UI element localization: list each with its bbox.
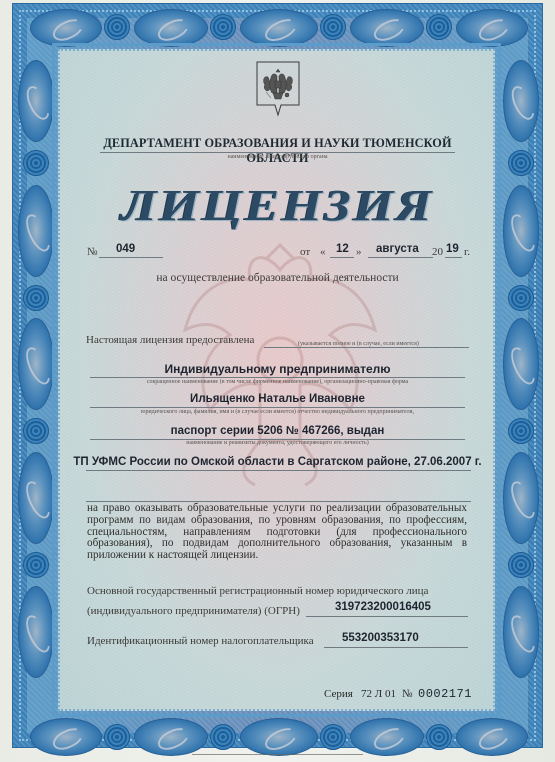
number-label: №	[87, 246, 98, 258]
legal-form: Индивидуальному предпринимателю	[80, 362, 475, 376]
date-open-quote: «	[320, 246, 326, 258]
ornament-medallion-icon	[350, 9, 424, 47]
ornament-medallion-icon	[134, 9, 208, 47]
rosette-icon	[508, 418, 534, 444]
issued-by-underline	[86, 470, 471, 471]
rosette-icon	[508, 285, 534, 311]
document-title: ЛИЦЕНЗИЯ	[44, 180, 510, 231]
year-underline	[445, 257, 462, 258]
passport-caption: наименование и реквизиты документа, удос…	[80, 440, 475, 446]
ornament-medallion-icon	[503, 60, 539, 142]
license-document: ДЕПАРТАМЕНТ ОБРАЗОВАНИЯ И НАУКИ ТЮМЕНСКО…	[0, 0, 555, 762]
printer-imprint: ━━━━━━━━━━━━━━━━━━━━━━━━━━━━━━━━━━━━━━━━…	[100, 752, 455, 757]
ornament-medallion-icon	[18, 60, 54, 142]
ornament-medallion-icon	[240, 9, 318, 47]
date-month: августа	[376, 243, 419, 255]
inn-value: 553200353170	[342, 632, 419, 644]
passport-details: паспорт серии 5206 № 467266, выдан	[80, 425, 475, 437]
licensee-name: Ильященко Наталье Ивановне	[80, 393, 475, 405]
rosette-icon	[426, 14, 452, 40]
ornament-medallion-icon	[30, 9, 102, 47]
date-year-suffix: 19	[446, 243, 459, 255]
series-number-label: №	[402, 688, 413, 700]
license-purpose: на осуществление образовательной деятель…	[80, 272, 475, 284]
ornament-medallion-icon	[18, 318, 54, 410]
ogrn-underline	[306, 616, 468, 617]
ornament-medallion-icon	[134, 718, 208, 756]
issuing-authority: ДЕПАРТАМЕНТ ОБРАЗОВАНИЯ И НАУКИ ТЮМЕНСКО…	[80, 136, 475, 166]
russian-coat-of-arms-icon	[256, 61, 300, 117]
issuer-underline	[100, 152, 455, 153]
rosette-icon	[210, 14, 236, 40]
rosette-icon	[104, 14, 130, 40]
date-year-unit: г.	[464, 246, 470, 258]
rosette-icon	[320, 14, 346, 40]
date-day: 12	[336, 243, 349, 255]
rosette-icon	[426, 724, 452, 750]
ornament-medallion-icon	[350, 718, 424, 756]
granted-to-label: Настоящая лицензия предоставлена	[86, 334, 254, 346]
series-label: Серия	[324, 688, 353, 700]
month-underline	[368, 257, 433, 258]
rosette-icon	[23, 552, 49, 578]
ornament-medallion-icon	[18, 452, 54, 544]
date-year-prefix: 20	[432, 246, 443, 258]
date-close-quote: »	[356, 246, 362, 258]
name-caption: юридического лица, фамилия, имя и (в слу…	[80, 409, 475, 415]
rosette-icon	[508, 552, 534, 578]
ornament-medallion-icon	[503, 586, 539, 678]
inn-label: Идентификационный номер налогоплательщик…	[87, 635, 314, 647]
ornament-medallion-icon	[30, 718, 102, 756]
ornament-medallion-icon	[240, 718, 318, 756]
name-underline	[90, 407, 465, 408]
rosette-icon	[23, 150, 49, 176]
rosette-icon	[23, 285, 49, 311]
ogrn-label-line1: Основной государственный регистрационный…	[87, 585, 428, 597]
license-number: 049	[116, 243, 135, 255]
rosette-icon	[320, 724, 346, 750]
rosette-icon	[508, 150, 534, 176]
ornament-medallion-icon	[503, 452, 539, 544]
blank-serial-number: 0002171	[418, 687, 472, 701]
granted-underline	[264, 347, 469, 348]
ogrn-value: 319723200016405	[335, 601, 431, 613]
legal-form-underline	[90, 377, 465, 378]
legal-form-caption: сокращенное наименование (в том числе фи…	[80, 379, 475, 385]
ornament-medallion-icon	[18, 586, 54, 678]
day-underline	[330, 257, 354, 258]
series-value: 72 Л 01	[361, 688, 396, 700]
ornament-medallion-icon	[456, 718, 528, 756]
ornament-medallion-icon	[503, 318, 539, 410]
inn-underline	[324, 647, 468, 648]
granted-caption: (указывается полное и (в случае, если им…	[298, 341, 419, 347]
ogrn-label-line2: (индивидуального предпринимателя) (ОГРН)	[87, 605, 300, 617]
issuer-caption: наименование лицензирующего органа	[80, 154, 475, 160]
rosette-icon	[23, 418, 49, 444]
license-rights-text: на право оказывать образовательные услуг…	[87, 503, 467, 562]
rosette-icon	[104, 724, 130, 750]
passport-issued-by: ТП УФМС России по Омской области в Сарга…	[56, 456, 499, 468]
date-from-label: от	[300, 246, 310, 258]
ornament-medallion-icon	[456, 9, 528, 47]
rosette-icon	[210, 724, 236, 750]
number-underline	[99, 257, 163, 258]
